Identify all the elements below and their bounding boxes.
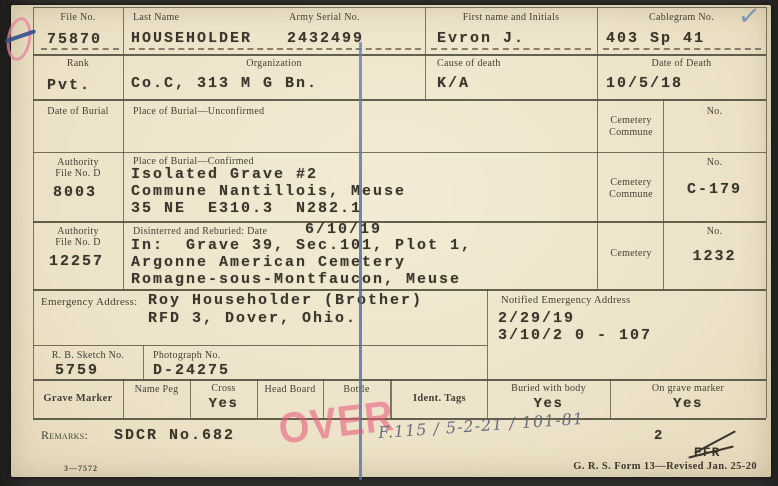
rule-col3 [597,7,598,289]
burial-unconfirmed-label: Place of Burial—Unconfirmed [133,106,264,118]
burial-confirmed-line3: 35 NE E310.3 N282.1 [131,200,362,217]
last-name-label: Last Name [133,12,179,24]
cross-label: Cross [190,383,257,395]
rule-row1 [33,54,766,56]
rule-row4 [33,221,766,223]
serial-label: Army Serial No. [289,12,360,24]
rule-row3 [33,152,766,153]
rank-label: Rank [33,58,123,70]
emergency-address-line1: Roy Householder (Brother) [148,292,423,309]
scanned-burial-card: { "colors": { "paper": "#ede3c9", "ink_t… [0,0,778,486]
notified-label: Notified Emergency Address [501,295,631,307]
remarks-value: SDCR No.682 [114,427,235,444]
burial-confirmed-line1: Isolated Grave #2 [131,166,318,183]
reburied-date: 6/10/19 [305,221,382,238]
emergency-address-line2: RFD 3, Dover, Ohio. [148,310,357,327]
notified-line2: 3/10/2 0 - 107 [498,327,652,344]
rule-row5 [33,289,766,291]
date-of-death-label: Date of Death [597,58,766,70]
authority-file-label: File No. D [33,168,123,180]
serial-value: 2432499 [287,30,364,47]
reburied-line1: In: Grave 39, Sec.101, Plot 1, [131,237,472,254]
rule-right [766,7,767,418]
photograph-no: D-24275 [153,362,230,379]
notified-line1: 2/29/19 [498,310,575,327]
rule-row2 [33,99,766,101]
check-mark-icon: ✓ [736,0,762,33]
buried-with-body-label: Buried with body [487,383,610,395]
authority-file-label-2: File No. D [33,237,123,249]
buried-with-body-value: Yes [487,396,610,412]
organization-value: Co.C, 313 M G Bn. [131,75,318,92]
typed-underline [603,48,761,50]
last-name-value: HOUSEHOLDER [131,30,252,47]
head-board-label: Head Board [257,384,323,396]
organization-label: Organization [123,58,425,70]
cablegram-value: 403 Sp 41 [606,30,705,47]
rule-row7 [33,379,766,381]
typed-underline [431,48,591,50]
page-number: 2 [654,428,664,444]
first-name-label: First name and Initials [425,12,597,24]
grave-marker-label: Grave Marker [33,393,123,405]
ident-tags-label: Ident. Tags [392,393,487,405]
cause-label: Cause of death [437,58,501,70]
rule-row8 [33,418,766,420]
emergency-address-label: Emergency Address: [41,296,138,308]
rule-row6 [33,345,487,346]
form-id: G. R. S. Form 13—Revised Jan. 25-20 [491,461,757,472]
burial-confirmed-line2: Commune Nantillois, Meuse [131,183,406,200]
reburied-line2: Argonne American Cemetery [131,254,406,271]
first-name-value: Evron J. [437,30,525,47]
no-label-2: No. [663,157,766,169]
cross-value: Yes [190,396,257,412]
on-grave-marker-label: On grave marker [610,383,766,395]
cause-value: K/A [437,75,470,92]
form-stock-number: 3—7572 [64,464,98,473]
rule-top [33,7,766,8]
no-label: No. [663,106,766,118]
sketch-no: 5759 [55,362,99,379]
photograph-label: Photograph No. [153,350,221,362]
name-peg-label: Name Peg [123,384,190,396]
cemetery-no-1: C-179 [663,181,766,198]
sketch-label: R. B. Sketch No. [33,350,143,362]
date-of-death-value: 10/5/18 [606,75,683,92]
on-grave-marker-value: Yes [610,396,766,412]
cemetery-commune-label: Cemetery Commune [601,115,661,139]
rule-col6 [143,345,144,379]
typed-underline [129,48,421,50]
no-label-3: No. [663,226,766,238]
cemetery-no-2: 1232 [663,248,766,265]
cemetery-commune-label-2: Cemetery Commune [601,177,661,201]
authority-no-2: 12257 [49,253,104,270]
date-of-burial-label: Date of Burial [33,106,123,118]
rule-col1 [123,7,124,289]
reburied-line3: Romagne-sous-Montfaucon, Meuse [131,271,461,288]
file-no-label: File No. [33,12,123,24]
remarks-label: Remarks: [41,429,88,441]
rank-value: Pvt. [47,77,91,94]
struck-initials: EFR [694,445,720,460]
file-no-value: 75870 [47,31,102,48]
cemetery-label: Cemetery [601,248,661,260]
authority-no-1: 8003 [53,184,97,201]
typed-underline [41,48,119,50]
